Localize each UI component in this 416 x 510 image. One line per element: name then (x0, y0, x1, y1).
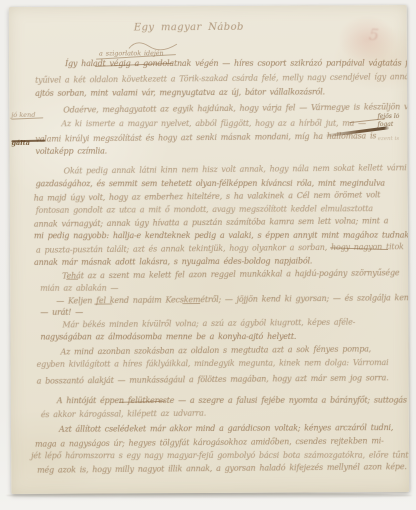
manuscript-line: Odaérve, meghagyatott az egyik hajdúnak,… (63, 103, 409, 114)
ink-underline-mark (11, 117, 43, 119)
manuscript-line: fontosan gondolt az utca a mit ő mondott… (36, 205, 373, 215)
paper-bottom-shadow (6, 493, 412, 498)
manuscript-line: Okát pedig annak látni kinn nem hisz vol… (64, 164, 407, 175)
manuscript-line: gazdaságához, és semmit sem tehetett oly… (36, 180, 385, 189)
manuscript-line: Az mind azonban szokásban az oldalon s m… (61, 345, 372, 356)
manuscript-line: annak várnagyát; annak úgy hívatta a pus… (34, 217, 388, 228)
manuscript-line: voltaképp czímlia. (35, 148, 107, 156)
manuscript-line: Így haladt végig a gondolatnak végén — h… (65, 60, 409, 69)
paper: Egy magyar Nábob a szigorlatok idején jó… (9, 5, 410, 494)
corner-stain-numeral: 5 (368, 25, 379, 45)
manuscript-line: a puszta-pusztán talált; azt és annak te… (36, 243, 404, 255)
manuscript-line: mián az ablakán — (40, 285, 118, 293)
manuscript-photo: Egy magyar Nábob a szigorlatok idején jó… (0, 0, 416, 510)
manuscript-line: Az ki ismerte a magyar nyelvet, abból fü… (61, 120, 366, 129)
manuscript-line: Azt állított cselédeket már akkor mind a… (59, 424, 393, 434)
manuscript-line: és akkor károgással, kilépett az udvarra… (41, 410, 206, 420)
manuscript-line: Már békés minden kívülről volna; a szú a… (62, 319, 355, 330)
right-margin-note-below: ezent is (378, 135, 400, 143)
manuscript-line: ajtós sorban, mint valami vár, megnyugta… (35, 88, 325, 98)
manuscript-line: a bosszantó alakját — munkásságául a föl… (37, 374, 389, 385)
manuscript-line: nagyságában az álmodásomba menne be a ko… (40, 333, 296, 341)
manuscript-line: A hintóját éppen felütkereste — a szegre… (57, 397, 409, 406)
manuscript-line: Tehát az a szent ma kelett fel azon regg… (62, 269, 399, 280)
manuscript-line: tyűivel a két oldalon következett a Töri… (35, 73, 409, 85)
manuscript-title: Egy magyar Nábob (109, 22, 269, 34)
manuscript-line: mi pedig nagyobb: hallja-e kendteknek pe… (34, 232, 409, 241)
manuscript-line: annak már másnak adott lakásra, s nyugal… (34, 257, 312, 266)
ink-underline-mark (182, 303, 200, 304)
manuscript-line: maga a nagyságos úr; hegyes tölgyfát kár… (35, 437, 384, 448)
manuscript-line: egyben kivilágított a híres fáklyáikkal,… (37, 359, 389, 369)
manuscript-line: ha majd úgy volt, hogy az emberhez hitel… (34, 191, 381, 202)
ink-underline-mark (66, 279, 78, 280)
manuscript-line: még azok is, hogy milly nagyot illik ann… (37, 463, 407, 475)
ink-underline-mark (94, 304, 112, 305)
manuscript-line: — urát! — (40, 309, 83, 317)
manuscript-line: jét lépő háromszorra s egy nagy magyar-f… (31, 452, 408, 461)
